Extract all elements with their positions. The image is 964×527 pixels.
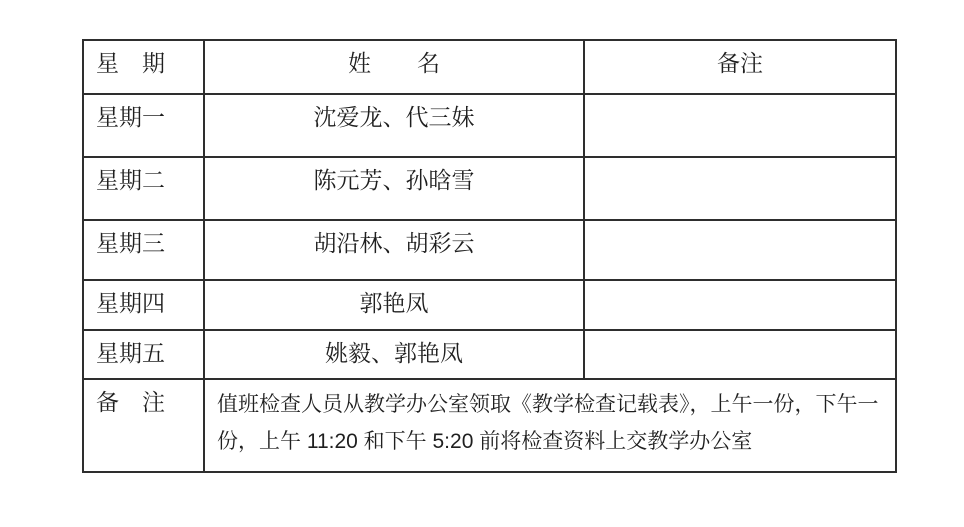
day-cell: 星期四 — [83, 280, 204, 330]
note-cell-empty — [584, 220, 896, 280]
table-row-thursday: 星期四 郭艳凤 — [83, 280, 896, 330]
table-row-wednesday: 星期三 胡沿林、胡彩云 — [83, 220, 896, 280]
note-cell-empty — [584, 157, 896, 220]
day-cell: 星期三 — [83, 220, 204, 280]
day-cell: 星期一 — [83, 94, 204, 157]
names-cell: 郭艳凤 — [204, 280, 584, 330]
header-cell-day: 星 期 — [83, 40, 204, 94]
names-cell: 陈元芳、孙晗雪 — [204, 157, 584, 220]
remarks-row: 备 注 值班检查人员从教学办公室领取《教学检查记载表》，上午一份，下午一份，上午… — [83, 379, 896, 472]
table-row-friday: 星期五 姚毅、郭艳凤 — [83, 330, 896, 379]
header-cell-names: 姓 名 — [204, 40, 584, 94]
note-cell-empty — [584, 330, 896, 379]
table-row-monday: 星期一 沈爱龙、代三妹 — [83, 94, 896, 157]
note-cell-empty — [584, 280, 896, 330]
note-cell-empty — [584, 94, 896, 157]
names-cell: 沈爱龙、代三妹 — [204, 94, 584, 157]
names-cell: 胡沿林、胡彩云 — [204, 220, 584, 280]
day-cell: 星期二 — [83, 157, 204, 220]
remarks-text-cell: 值班检查人员从教学办公室领取《教学检查记载表》，上午一份，下午一份，上午 11:… — [204, 379, 896, 472]
header-row: 星 期 姓 名 备注 — [83, 40, 896, 94]
table-row-tuesday: 星期二 陈元芳、孙晗雪 — [83, 157, 896, 220]
header-cell-note: 备注 — [584, 40, 896, 94]
remarks-label-cell: 备 注 — [83, 379, 204, 472]
day-cell: 星期五 — [83, 330, 204, 379]
page: 星 期 姓 名 备注 星期一 沈爱龙、代三妹 星期二 陈元芳、孙晗雪 星期三 胡… — [0, 0, 964, 527]
duty-roster-table: 星 期 姓 名 备注 星期一 沈爱龙、代三妹 星期二 陈元芳、孙晗雪 星期三 胡… — [82, 39, 897, 473]
names-cell: 姚毅、郭艳凤 — [204, 330, 584, 379]
